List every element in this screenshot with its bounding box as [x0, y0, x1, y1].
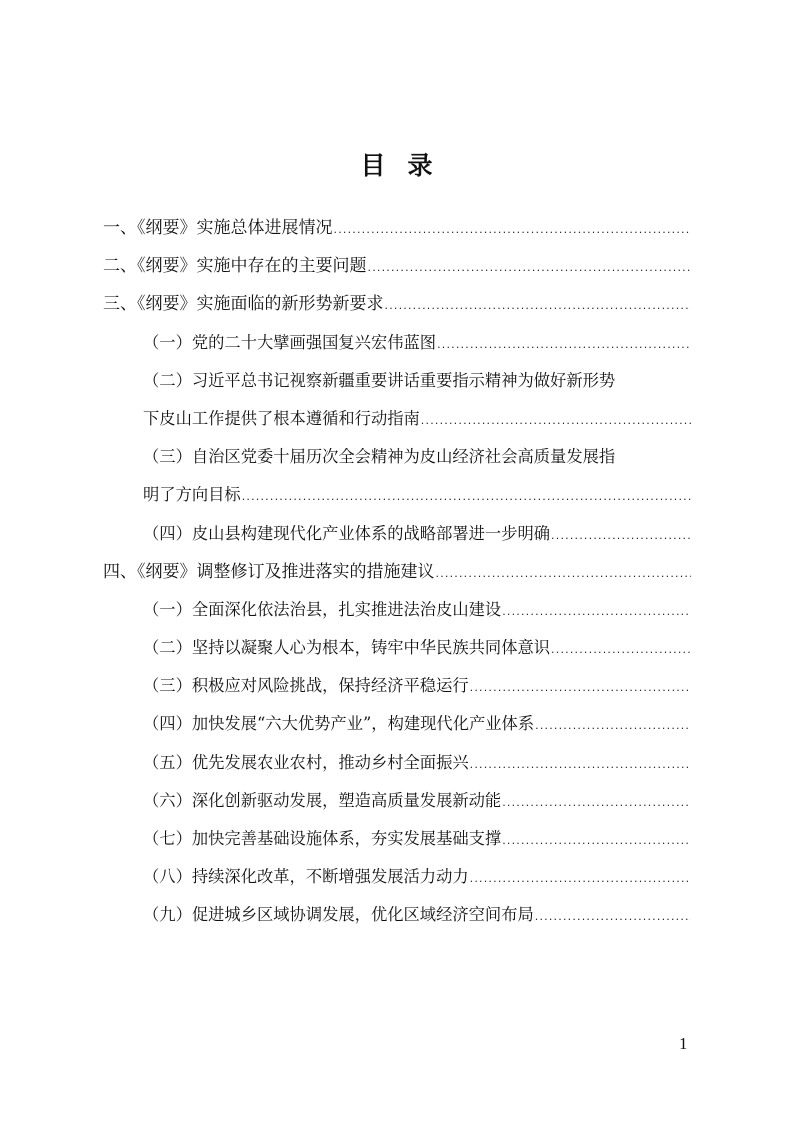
dot-leader: ........................................…	[334, 211, 692, 247]
table-of-contents: 一、《纲要》实施总体进展情况..........................…	[103, 209, 691, 935]
toc-entry-text: （五）优先发展农业农村，推动乡村全面振兴	[143, 744, 469, 782]
dot-leader: ........................................…	[421, 402, 691, 438]
dot-leader: ........................................…	[502, 593, 691, 629]
toc-entry-3[interactable]: 三、《纲要》实施面临的新形势新要求.......................…	[103, 285, 691, 323]
toc-entry-text: （二）习近平总书记视察新疆重要讲话重要指示精神为做好新形势	[143, 362, 615, 400]
toc-entry-text: （四）皮山县构建现代化产业体系的战略部署进一步明确	[143, 515, 550, 553]
toc-entry-text: （三）自治区党委十届历次全会精神为皮山经济社会高质量发展指	[143, 438, 615, 476]
toc-entry-4[interactable]: 四、《纲要》调整修订及推进落实的措施建议....................…	[103, 553, 691, 591]
toc-entry-text: （八）持续深化改革，不断增强发展活力动力	[143, 858, 469, 896]
toc-entry-text: （一）党的二十大擘画强国复兴宏伟蓝图	[143, 324, 436, 362]
page-number: 1	[679, 1034, 688, 1054]
toc-entry-text: （二）坚持以凝聚人心为根本，铸牢中华民族共同体意识	[143, 629, 550, 667]
dot-leader: ........................................…	[502, 784, 691, 820]
toc-entry-4-3[interactable]: （三）积极应对风险挑战，保持经济平稳运行....................…	[103, 667, 691, 705]
toc-entry-4-4[interactable]: （四）加快发展“六大优势产业”，构建现代化产业体系...............…	[103, 705, 691, 743]
dot-leader: ........................................…	[385, 287, 692, 323]
toc-entry-text: （七）加快完善基础设施体系，夯实发展基础支撑	[143, 820, 501, 858]
toc-entry-3-3[interactable]: （三）自治区党委十届历次全会精神为皮山经济社会高质量发展指	[103, 438, 691, 476]
toc-entry-text: 二、《纲要》实施中存在的主要问题	[103, 247, 367, 285]
dot-leader: ........................................…	[535, 898, 691, 934]
toc-entry-text: （三）积极应对风险挑战，保持经济平稳运行	[143, 667, 469, 705]
dot-leader: ........................................…	[551, 631, 691, 667]
toc-entry-1[interactable]: 一、《纲要》实施总体进展情况..........................…	[103, 209, 691, 247]
toc-entry-text: （六）深化创新驱动发展，塑造高质量发展新动能	[143, 782, 501, 820]
dot-leader: ........................................…	[470, 746, 691, 782]
toc-entry-4-1[interactable]: （一）全面深化依法治县，扎实推进法治皮山建设..................…	[103, 591, 691, 629]
toc-entry-text: 下皮山工作提供了根本遵循和行动指南	[143, 400, 420, 438]
toc-entry-3-1[interactable]: （一）党的二十大擘画强国复兴宏伟蓝图......................…	[103, 324, 691, 362]
toc-entry-3-2-continued[interactable]: 下皮山工作提供了根本遵循和行动指南.......................…	[103, 400, 691, 438]
toc-entry-4-8[interactable]: （八）持续深化改革，不断增强发展活力动力....................…	[103, 858, 691, 896]
toc-entry-4-5[interactable]: （五）优先发展农业农村，推动乡村全面振兴....................…	[103, 744, 691, 782]
toc-entry-text: 四、《纲要》调整修订及推进落实的措施建议	[103, 553, 435, 591]
toc-entry-text: （一）全面深化依法治县，扎实推进法治皮山建设	[143, 591, 501, 629]
toc-entry-text: （四）加快发展“六大优势产业”，构建现代化产业体系	[143, 705, 534, 743]
toc-entry-4-9[interactable]: （九）促进城乡区域协调发展，优化区域经济空间布局................…	[103, 896, 691, 934]
dot-leader: ........................................…	[437, 326, 691, 362]
dot-leader: ........................................…	[535, 707, 691, 743]
toc-entry-2[interactable]: 二、《纲要》实施中存在的主要问题........................…	[103, 247, 691, 285]
toc-title: 目录	[0, 146, 793, 182]
dot-leader: ........................................…	[436, 555, 692, 591]
dot-leader: ........................................…	[368, 249, 692, 285]
toc-entry-4-7[interactable]: （七）加快完善基础设施体系，夯实发展基础支撑..................…	[103, 820, 691, 858]
dot-leader: ........................................…	[502, 822, 691, 858]
toc-entry-text: 一、《纲要》实施总体进展情况	[103, 209, 333, 247]
dot-leader: ........................................…	[470, 669, 691, 705]
toc-entry-text: 三、《纲要》实施面临的新形势新要求	[103, 285, 384, 323]
toc-entry-text: （九）促进城乡区域协调发展，优化区域经济空间布局	[143, 896, 534, 934]
dot-leader: ........................................…	[470, 860, 691, 896]
dot-leader: ........................................…	[242, 478, 691, 514]
toc-entry-4-2[interactable]: （二）坚持以凝聚人心为根本，铸牢中华民族共同体意识...............…	[103, 629, 691, 667]
toc-entry-4-6[interactable]: （六）深化创新驱动发展，塑造高质量发展新动能..................…	[103, 782, 691, 820]
dot-leader: ........................................…	[551, 517, 691, 553]
toc-entry-3-4[interactable]: （四）皮山县构建现代化产业体系的战略部署进一步明确...............…	[103, 515, 691, 553]
toc-entry-3-3-continued[interactable]: 明了方向目标..................................…	[103, 476, 691, 514]
toc-entry-3-2[interactable]: （二）习近平总书记视察新疆重要讲话重要指示精神为做好新形势	[103, 362, 691, 400]
toc-entry-text: 明了方向目标	[143, 476, 241, 514]
